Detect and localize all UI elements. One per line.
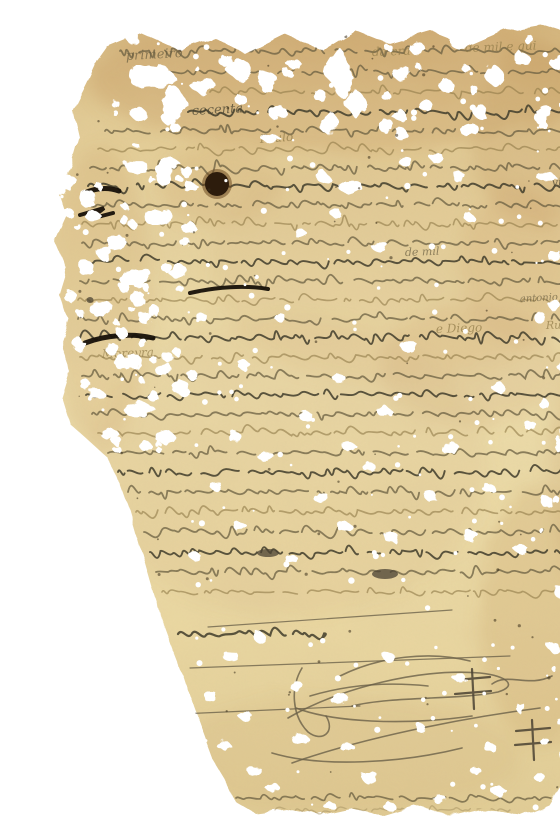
svg-text:e Diego: e Diego bbox=[436, 320, 483, 336]
svg-text:primeiro: primeiro bbox=[125, 46, 183, 64]
svg-text:Ruiz: Ruiz bbox=[545, 318, 560, 332]
ink-blot bbox=[205, 172, 229, 196]
manuscript-photo: primeiroda erade mil e quicecentaPaulovi… bbox=[40, 16, 560, 818]
svg-text:cecenta: cecenta bbox=[191, 101, 243, 119]
manuscript-page: primeiroda erade mil e quicecentaPaulovi… bbox=[40, 16, 560, 818]
